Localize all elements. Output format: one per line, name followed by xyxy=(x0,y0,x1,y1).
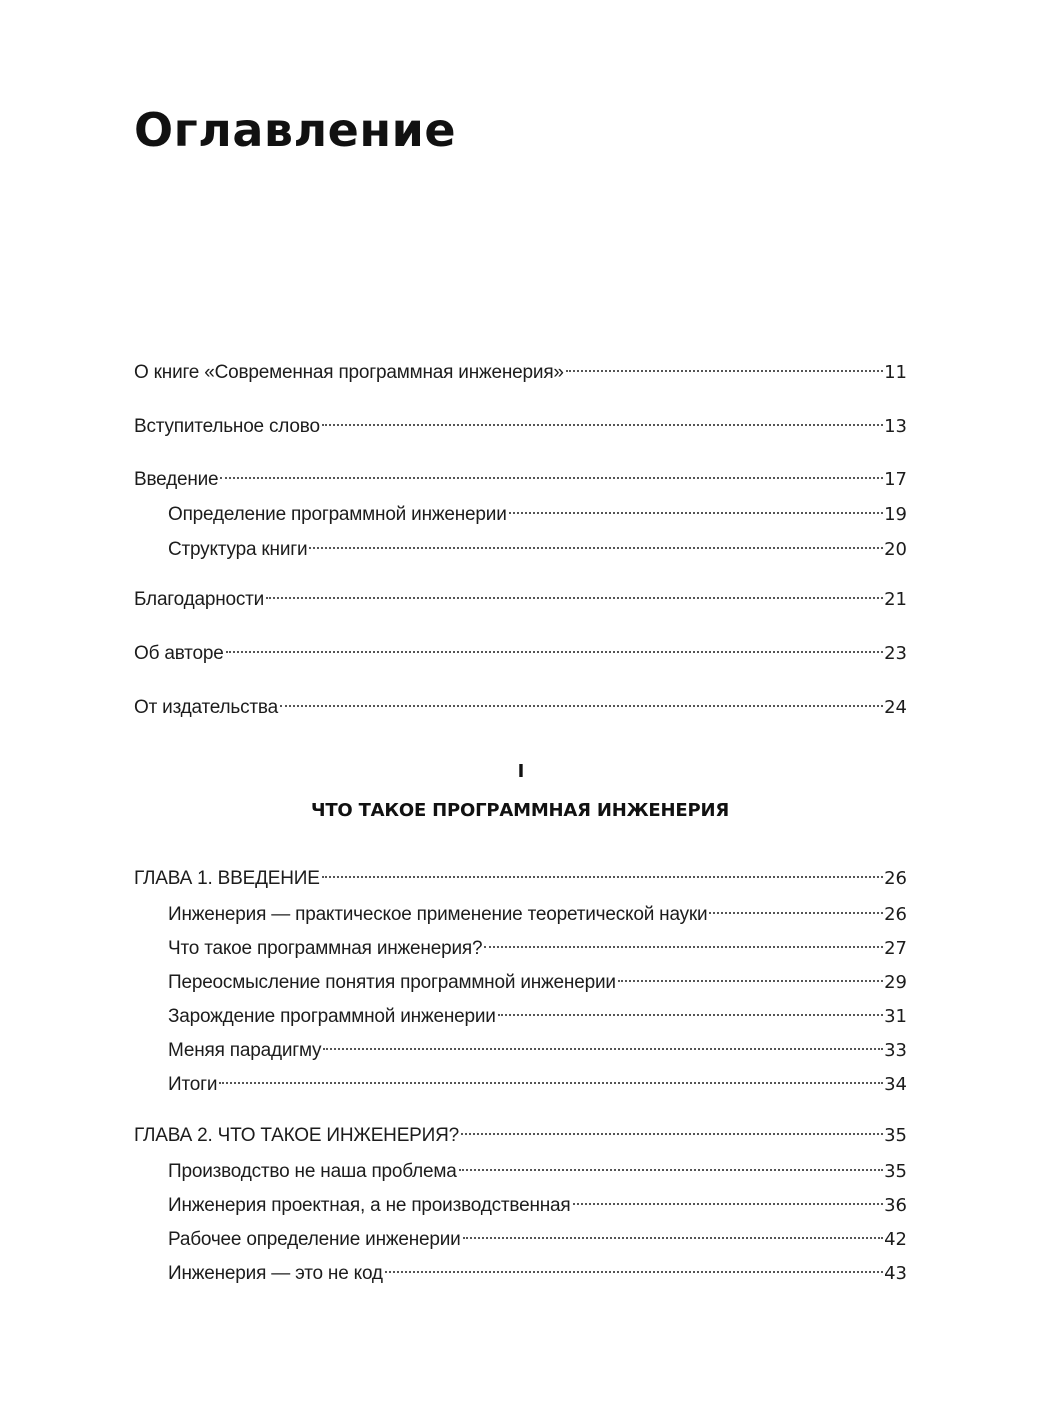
toc-entry-label: Об авторе xyxy=(134,642,226,666)
toc-entry-about-author[interactable]: Об авторе 23 xyxy=(134,635,907,659)
toc-section[interactable]: Рабочее определение инженерии 42 xyxy=(168,1221,907,1245)
toc-entry-page: 43 xyxy=(883,1262,907,1286)
toc-entry-label: Определение программной инженерии xyxy=(168,503,509,527)
toc-entry-page: 11 xyxy=(883,361,907,385)
part-numeral: I xyxy=(0,761,1042,782)
dot-leader xyxy=(709,896,883,920)
dot-leader xyxy=(226,635,884,659)
dot-leader xyxy=(484,930,883,954)
dot-leader xyxy=(323,1032,883,1056)
dot-leader xyxy=(220,461,883,485)
dot-leader xyxy=(498,998,883,1022)
toc-entry-page: 19 xyxy=(883,503,907,527)
page-title: Оглавление xyxy=(134,100,456,160)
dot-leader xyxy=(309,531,883,555)
toc-entry-label: ГЛАВА 2. ЧТО ТАКОЕ ИНЖЕНЕРИЯ? xyxy=(134,1124,461,1148)
dot-leader xyxy=(566,354,883,378)
toc-entry-label: Зарождение программной инженерии xyxy=(168,1005,498,1029)
toc-page: Оглавление О книге «Современная программ… xyxy=(0,0,1052,1423)
toc-entry-definition[interactable]: Определение программной инженерии 19 xyxy=(168,496,907,520)
part-title: ЧТО ТАКОЕ ПРОГРАММНАЯ ИНЖЕНЕРИЯ xyxy=(0,800,1040,821)
toc-entry-page: 26 xyxy=(883,903,907,927)
dot-leader xyxy=(266,581,883,605)
toc-entry-introduction[interactable]: Введение 17 xyxy=(134,461,907,485)
toc-entry-label: Вступительное слово xyxy=(134,415,322,439)
toc-section[interactable]: Зарождение программной инженерии 31 xyxy=(168,998,907,1022)
toc-entry-from-publisher[interactable]: От издательства 24 xyxy=(134,689,907,713)
toc-entry-page: 34 xyxy=(883,1073,907,1097)
toc-section[interactable]: Инженерия — практическое применение теор… xyxy=(168,896,907,920)
toc-entry-label: Производство не наша проблема xyxy=(168,1160,459,1184)
dot-leader xyxy=(459,1153,884,1177)
toc-section[interactable]: Что такое программная инженерия? 27 xyxy=(168,930,907,954)
toc-entry-label: Что такое программная инженерия? xyxy=(168,937,484,961)
toc-entry-page: 26 xyxy=(883,867,907,891)
toc-section[interactable]: Производство не наша проблема 35 xyxy=(168,1153,907,1177)
toc-entry-page: 33 xyxy=(883,1039,907,1063)
dot-leader xyxy=(618,964,883,988)
toc-entry-label: Переосмысление понятия программной инжен… xyxy=(168,971,618,995)
toc-chapter-2[interactable]: ГЛАВА 2. ЧТО ТАКОЕ ИНЖЕНЕРИЯ? 35 xyxy=(134,1117,907,1141)
toc-section[interactable]: Меняя парадигму 33 xyxy=(168,1032,907,1056)
dot-leader xyxy=(385,1255,883,1279)
toc-entry-label: От издательства xyxy=(134,696,280,720)
toc-entry-page: 27 xyxy=(883,937,907,961)
toc-entry-label: О книге «Современная программная инженер… xyxy=(134,361,566,385)
dot-leader xyxy=(219,1066,883,1090)
toc-entry-acknowledgements[interactable]: Благодарности 21 xyxy=(134,581,907,605)
toc-entry-page: 31 xyxy=(883,1005,907,1029)
toc-entry-label: ГЛАВА 1. ВВЕДЕНИЕ xyxy=(134,867,322,891)
dot-leader xyxy=(280,689,883,713)
toc-entry-page: 29 xyxy=(883,971,907,995)
toc-entry-page: 35 xyxy=(883,1160,907,1184)
toc-entry-label: Рабочее определение инженерии xyxy=(168,1228,463,1252)
toc-entry-label: Структура книги xyxy=(168,538,309,562)
toc-entry-label: Итоги xyxy=(168,1073,219,1097)
toc-entry-page: 36 xyxy=(883,1194,907,1218)
toc-section[interactable]: Инженерия проектная, а не производственн… xyxy=(168,1187,907,1211)
toc-entry-label: Введение xyxy=(134,468,220,492)
dot-leader xyxy=(322,408,883,432)
toc-entry-page: 21 xyxy=(883,588,907,612)
toc-entry-page: 23 xyxy=(883,642,907,666)
dot-leader xyxy=(461,1117,883,1141)
toc-entry-label: Благодарности xyxy=(134,588,266,612)
toc-entry-page: 17 xyxy=(883,468,907,492)
toc-entry-page: 20 xyxy=(883,538,907,562)
toc-entry-about-book[interactable]: О книге «Современная программная инженер… xyxy=(134,354,907,378)
dot-leader xyxy=(322,860,883,884)
toc-section[interactable]: Переосмысление понятия программной инжен… xyxy=(168,964,907,988)
toc-entry-label: Меняя парадигму xyxy=(168,1039,323,1063)
dot-leader xyxy=(573,1187,884,1211)
toc-entry-book-structure[interactable]: Структура книги 20 xyxy=(168,531,907,555)
toc-entry-page: 35 xyxy=(883,1124,907,1148)
toc-section[interactable]: Инженерия — это не код 43 xyxy=(168,1255,907,1279)
toc-chapter-1[interactable]: ГЛАВА 1. ВВЕДЕНИЕ 26 xyxy=(134,860,907,884)
toc-entry-foreword[interactable]: Вступительное слово 13 xyxy=(134,408,907,432)
toc-entry-label: Инженерия — практическое применение теор… xyxy=(168,903,709,927)
dot-leader xyxy=(463,1221,884,1245)
toc-entry-page: 13 xyxy=(883,415,907,439)
toc-entry-label: Инженерия — это не код xyxy=(168,1262,385,1286)
dot-leader xyxy=(509,496,883,520)
toc-entry-page: 42 xyxy=(883,1228,907,1252)
toc-entry-page: 24 xyxy=(883,696,907,720)
toc-entry-label: Инженерия проектная, а не производственн… xyxy=(168,1194,573,1218)
toc-section[interactable]: Итоги 34 xyxy=(168,1066,907,1090)
